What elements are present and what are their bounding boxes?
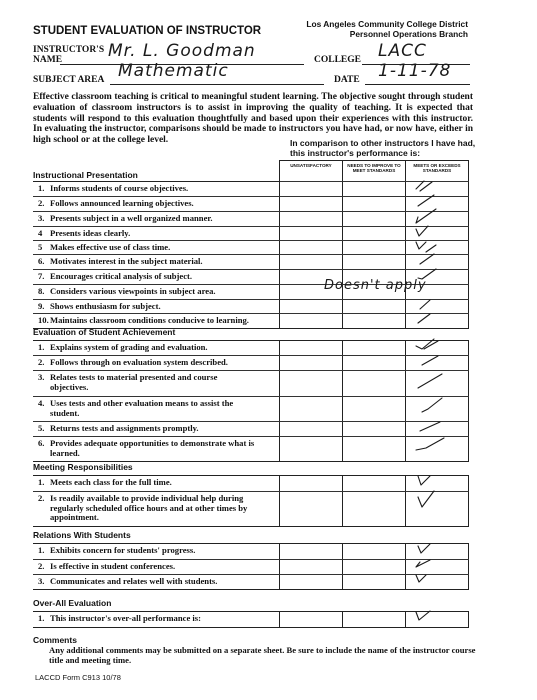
criterion-text: 4Presents ideas clearly. [33, 227, 280, 241]
criterion-text: 2.Follows through on evaluation system d… [33, 356, 280, 371]
subject-area-line [110, 83, 324, 85]
section-title: Over-All Evaluation [33, 598, 111, 608]
rating-cell-needs-to-improve-to-meet-standards[interactable] [343, 612, 406, 628]
criterion-label: Relates tests to material presented and … [50, 372, 217, 382]
rating-cell-meets-or-exceeds-standards[interactable] [406, 227, 469, 241]
comments-title: Comments [33, 635, 77, 645]
rating-cell-meets-or-exceeds-standards[interactable] [406, 575, 469, 590]
college-label: COLLEGE [314, 55, 361, 65]
rating-cell-needs-to-improve-to-meet-standards[interactable] [343, 182, 406, 197]
rating-cell-meets-or-exceeds-standards[interactable] [406, 397, 469, 422]
rating-cell-unsatisfactory[interactable] [280, 560, 343, 575]
rating-cell-needs-to-improve-to-meet-standards[interactable] [343, 197, 406, 212]
rating-cell-meets-or-exceeds-standards[interactable] [406, 476, 469, 492]
checkmark-icon [414, 473, 454, 489]
criterion-text: 3.Presents subject in a well organized m… [33, 212, 280, 227]
checkmark-icon [414, 419, 454, 435]
section-title: Instructional Presentation [33, 161, 280, 182]
rating-cell-unsatisfactory[interactable] [280, 227, 343, 241]
criterion-label: Returns tests and assignments promptly. [50, 423, 199, 433]
criterion-number: 1. [38, 546, 50, 556]
column-header-2: NEEDS TO IMPROVE TO MEET STANDARDS [343, 161, 406, 182]
criterion-label: Considers various viewpoints in subject … [50, 286, 216, 296]
criterion-number: 2. [38, 562, 50, 572]
column-header-1: UNSATISFACTORY [280, 161, 343, 182]
criterion-label: Motivates interest in the subject materi… [50, 256, 203, 266]
rating-cell-meets-or-exceeds-standards[interactable] [406, 212, 469, 227]
rating-cell-unsatisfactory[interactable] [280, 212, 343, 227]
comparison-heading-line1: In comparison to other instructors I hav… [290, 138, 475, 148]
rating-cell-needs-to-improve-to-meet-standards[interactable] [343, 371, 406, 397]
criterion-number: 2. [38, 494, 50, 504]
section-table-4: 1.Exhibits concern for students' progres… [33, 543, 469, 590]
criterion-label: Uses tests and other evaluation means to… [50, 398, 233, 408]
date-line [365, 83, 470, 85]
rating-cell-unsatisfactory[interactable] [280, 437, 343, 462]
criterion-text: 5.Returns tests and assignments promptly… [33, 422, 280, 437]
criterion-label: Is effective in student conferences. [50, 561, 175, 571]
criterion-label: Provides adequate opportunities to demon… [50, 438, 254, 448]
table-row: 5.Returns tests and assignments promptly… [33, 422, 469, 437]
checkmark-icon [414, 572, 454, 588]
district-header: Los Angeles Community College District P… [306, 19, 468, 39]
table-header-row: Instructional PresentationUNSATISFACTORY… [33, 161, 469, 182]
rating-cell-unsatisfactory[interactable] [280, 314, 343, 329]
criterion-text: 1.Explains system of grading and evaluat… [33, 341, 280, 356]
checkmark-icon [414, 557, 454, 573]
rating-cell-meets-or-exceeds-standards[interactable] [406, 182, 469, 197]
table-row: 4Presents ideas clearly. [33, 227, 469, 241]
criterion-label: Shows enthusiasm for subject. [50, 301, 161, 311]
subject-area-field[interactable]: Mathematic [118, 61, 229, 81]
criterion-text: 6.Provides adequate opportunities to dem… [33, 437, 280, 462]
criterion-number: 4 [38, 229, 50, 239]
rating-cell-unsatisfactory[interactable] [280, 182, 343, 197]
date-field[interactable]: 1-11-78 [378, 61, 451, 81]
section-table-3: 1.Meets each class for the full time.2.I… [33, 475, 469, 527]
criterion-number: 3. [38, 214, 50, 224]
rating-cell-meets-or-exceeds-standards[interactable] [406, 371, 469, 397]
rating-cell-unsatisfactory[interactable] [280, 197, 343, 212]
checkmark-icon [414, 311, 454, 327]
criterion-label-continued: appointment. [38, 513, 279, 523]
rating-cell-unsatisfactory[interactable] [280, 476, 343, 492]
rating-cell-needs-to-improve-to-meet-standards[interactable] [343, 544, 406, 560]
rating-cell-unsatisfactory[interactable] [280, 356, 343, 371]
section-title: Evaluation of Student Achievement [33, 327, 175, 337]
section-table-2: 1.Explains system of grading and evaluat… [33, 340, 469, 462]
table-row: 1.Meets each class for the full time. [33, 476, 469, 492]
rating-cell-meets-or-exceeds-standards[interactable] [406, 560, 469, 575]
table-row: 6.Provides adequate opportunities to dem… [33, 437, 469, 462]
criterion-number: 6. [38, 439, 50, 449]
criterion-label: Presents subject in a well organized man… [50, 213, 213, 223]
table-row: 4.Uses tests and other evaluation means … [33, 397, 469, 422]
checkmark-icon [414, 609, 454, 625]
criterion-number: 4. [38, 399, 50, 409]
table-row: 3.Relates tests to material presented an… [33, 371, 469, 397]
criterion-label: Explains system of grading and evaluatio… [50, 342, 208, 352]
checkmark-icon [414, 209, 454, 225]
rating-cell-meets-or-exceeds-standards[interactable] [406, 437, 469, 462]
comparison-heading: In comparison to other instructors I hav… [290, 138, 475, 158]
criterion-label: Is readily available to provide individu… [50, 493, 243, 503]
checkmark-icon [414, 489, 454, 505]
rating-cell-meets-or-exceeds-standards[interactable] [406, 492, 469, 527]
evaluation-form-page: STUDENT EVALUATION OF INSTRUCTOR Los Ang… [0, 0, 537, 700]
checkmark-icon [414, 297, 454, 313]
table-row: 9.Shows enthusiasm for subject. [33, 300, 469, 314]
criterion-label-continued: objectives. [38, 383, 279, 393]
table-row: 2.Is readily available to provide indivi… [33, 492, 469, 527]
criterion-number: 9. [38, 302, 50, 312]
rating-cell-meets-or-exceeds-standards[interactable] [406, 255, 469, 270]
checkmark-icon [414, 224, 454, 240]
criterion-label: Informs students of course objectives. [50, 183, 188, 193]
checkmark-icon [414, 434, 454, 450]
criterion-text: 4.Uses tests and other evaluation means … [33, 397, 280, 422]
rating-cell-needs-to-improve-to-meet-standards[interactable] [343, 255, 406, 270]
checkmark-icon [414, 368, 454, 384]
table-row: 1.This instructor's over-all performance… [33, 612, 469, 628]
criterion-text: 8.Considers various viewpoints in subjec… [33, 285, 280, 300]
table-row: 2.Follows announced learning objectives. [33, 197, 469, 212]
table-row: 2.Follows through on evaluation system d… [33, 356, 469, 371]
checkmark-icon [414, 179, 454, 195]
table-row: 3.Communicates and relates well with stu… [33, 575, 469, 590]
criterion-text: 3.Relates tests to material presented an… [33, 371, 280, 397]
rating-cell-meets-or-exceeds-standards[interactable] [406, 356, 469, 371]
table-row: 6.Motivates interest in the subject mate… [33, 255, 469, 270]
rating-cell-needs-to-improve-to-meet-standards[interactable] [343, 356, 406, 371]
criterion-label-continued: student. [38, 409, 279, 419]
column-header-3: MEETS OR EXCEEDS STANDARDS [406, 161, 469, 182]
criterion-label: Maintains classroom conditions conducive… [50, 315, 249, 325]
rating-cell-meets-or-exceeds-standards[interactable] [406, 544, 469, 560]
criterion-text: 3.Communicates and relates well with stu… [33, 575, 280, 590]
checkmark-icon [414, 394, 454, 410]
rating-cell-needs-to-improve-to-meet-standards[interactable] [343, 241, 406, 255]
checkmark-icon [414, 338, 454, 354]
section-table-1: Instructional PresentationUNSATISFACTORY… [33, 160, 469, 329]
criterion-label: Encourages critical analysis of subject. [50, 271, 192, 281]
criterion-text: 1.Meets each class for the full time. [33, 476, 280, 492]
criterion-number: 8. [38, 287, 50, 297]
criterion-number: 10. [38, 316, 50, 326]
rating-cell-unsatisfactory[interactable] [280, 341, 343, 356]
rating-cell-unsatisfactory[interactable] [280, 255, 343, 270]
table-row: 3.Presents subject in a well organized m… [33, 212, 469, 227]
criterion-number: 2. [38, 199, 50, 209]
criterion-text: 1.Exhibits concern for students' progres… [33, 544, 280, 560]
rating-cell-meets-or-exceeds-standards[interactable] [406, 314, 469, 329]
instructor-name-field[interactable]: Mr. L. Goodman [108, 41, 256, 61]
checkmark-icon [414, 238, 454, 254]
rating-cell-needs-to-improve-to-meet-standards[interactable] [343, 341, 406, 356]
criterion-text: 2.Is effective in student conferences. [33, 560, 280, 575]
rating-cell-needs-to-improve-to-meet-standards[interactable] [343, 560, 406, 575]
criterion-number: 2. [38, 358, 50, 368]
criterion-label-continued: learned. [38, 449, 279, 459]
table-row: 5Makes effective use of class time. [33, 241, 469, 255]
district-name: Los Angeles Community College District [306, 19, 468, 29]
rating-cell-unsatisfactory[interactable] [280, 492, 343, 527]
rating-cell-unsatisfactory[interactable] [280, 397, 343, 422]
criterion-text: 7.Encourages critical analysis of subjec… [33, 270, 280, 285]
criterion-label: Communicates and relates well with stude… [50, 576, 217, 586]
criterion-text: 1.This instructor's over-all performance… [33, 612, 280, 628]
table-row: 1.Informs students of course objectives. [33, 182, 469, 197]
criterion-number: 7. [38, 272, 50, 282]
rating-cell-unsatisfactory[interactable] [280, 422, 343, 437]
comments-text: Any additional comments may be submitted… [49, 645, 479, 665]
criterion-number: 1. [38, 184, 50, 194]
rating-cell-needs-to-improve-to-meet-standards[interactable] [343, 314, 406, 329]
criterion-label: Presents ideas clearly. [50, 228, 130, 238]
rating-cell-needs-to-improve-to-meet-standards[interactable] [343, 492, 406, 527]
subject-area-label: SUBJECT AREA [33, 75, 104, 85]
criterion-text: 2.Is readily available to provide indivi… [33, 492, 280, 527]
rating-cell-unsatisfactory[interactable] [280, 371, 343, 397]
criterion-number: 3. [38, 577, 50, 587]
rating-cell-needs-to-improve-to-meet-standards[interactable] [343, 575, 406, 590]
section-title: Meeting Responsibilities [33, 462, 133, 472]
rating-cell-unsatisfactory[interactable] [280, 241, 343, 255]
criterion-number: 6. [38, 257, 50, 267]
rating-cell-unsatisfactory[interactable] [280, 300, 343, 314]
rating-cell-meets-or-exceeds-standards[interactable] [406, 241, 469, 255]
instructor-label-line1: INSTRUCTOR'S [33, 45, 104, 55]
rating-cell-needs-to-improve-to-meet-standards[interactable] [343, 476, 406, 492]
checkmark-icon [414, 194, 454, 210]
criterion-number: 1. [38, 478, 50, 488]
criterion-number: 5. [38, 424, 50, 434]
criterion-number: 1. [38, 343, 50, 353]
criterion-label: Follows through on evaluation system des… [50, 357, 228, 367]
rating-cell-unsatisfactory[interactable] [280, 575, 343, 590]
rating-cell-needs-to-improve-to-meet-standards[interactable] [343, 227, 406, 241]
branch-name: Personnel Operations Branch [306, 29, 468, 39]
rating-cell-unsatisfactory[interactable] [280, 612, 343, 628]
criterion-label: Meets each class for the full time. [50, 477, 172, 487]
criterion-number: 3. [38, 373, 50, 383]
date-label: DATE [334, 75, 360, 85]
section-table-5: 1.This instructor's over-all performance… [33, 611, 469, 628]
section-title: Relations With Students [33, 530, 131, 540]
instructor-name-label: INSTRUCTOR'S NAME [33, 45, 104, 65]
criterion-text: 5Makes effective use of class time. [33, 241, 280, 255]
rating-cell-unsatisfactory[interactable] [280, 544, 343, 560]
checkmark-icon [414, 541, 454, 557]
checkmark-icon [414, 252, 454, 268]
comparison-heading-line2: this instructor's performance is: [290, 148, 475, 158]
criterion-label: Follows announced learning objectives. [50, 198, 194, 208]
table-row: 1.Explains system of grading and evaluat… [33, 341, 469, 356]
rating-cell-needs-to-improve-to-meet-standards[interactable] [343, 397, 406, 422]
rating-cell-needs-to-improve-to-meet-standards[interactable] [343, 212, 406, 227]
rating-cell-needs-to-improve-to-meet-standards[interactable] [343, 300, 406, 314]
rating-cell-meets-or-exceeds-standards[interactable] [406, 341, 469, 356]
criterion-text: 6.Motivates interest in the subject mate… [33, 255, 280, 270]
rating-cell-meets-or-exceeds-standards[interactable] [406, 612, 469, 628]
criterion-text: 2.Follows announced learning objectives. [33, 197, 280, 212]
checkmark-icon [414, 353, 454, 369]
criterion-label: Exhibits concern for students' progress. [50, 545, 195, 555]
rating-cell-meets-or-exceeds-standards[interactable] [406, 300, 469, 314]
rating-cell-needs-to-improve-to-meet-standards[interactable] [343, 437, 406, 462]
criterion-number: 1. [38, 614, 50, 624]
criterion-label: Makes effective use of class time. [50, 242, 170, 252]
college-field[interactable]: LACC [378, 41, 427, 61]
rating-cell-meets-or-exceeds-standards[interactable] [406, 197, 469, 212]
criterion-text: 9.Shows enthusiasm for subject. [33, 300, 280, 314]
doesnt-apply-note: Doesn't apply [324, 278, 427, 293]
criterion-label: This instructor's over-all performance i… [50, 613, 201, 623]
table-row: 2.Is effective in student conferences. [33, 560, 469, 575]
rating-cell-needs-to-improve-to-meet-standards[interactable] [343, 422, 406, 437]
rating-cell-meets-or-exceeds-standards[interactable] [406, 422, 469, 437]
criterion-text: 1.Informs students of course objectives. [33, 182, 280, 197]
form-title: STUDENT EVALUATION OF INSTRUCTOR [33, 25, 261, 37]
criterion-number: 5 [38, 243, 50, 253]
form-number: LACCD Form C913 10/78 [35, 673, 121, 682]
table-row: 1.Exhibits concern for students' progres… [33, 544, 469, 560]
